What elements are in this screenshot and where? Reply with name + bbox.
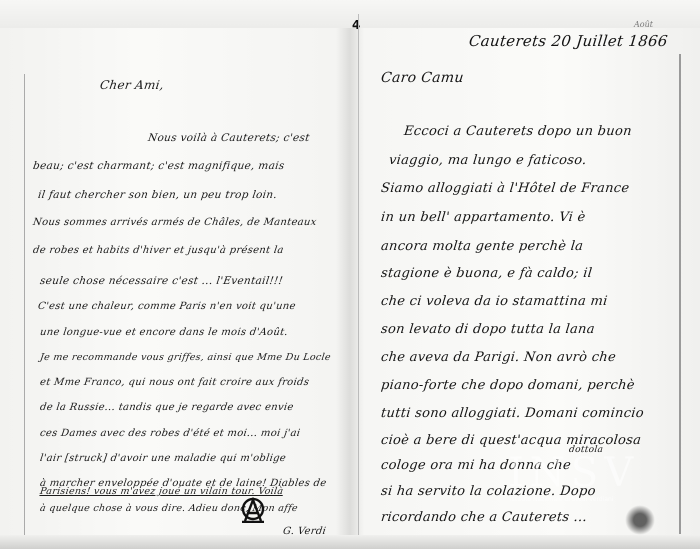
- text-line: ricordando che a Cauterets ...: [380, 510, 588, 525]
- text-line: tutti sono alloggiati. Domani comincio: [380, 406, 644, 421]
- text-line: Nous sommes arrivés armés de Châles, de …: [32, 217, 317, 228]
- watermark: INSV: [508, 450, 639, 496]
- text-line: che ci voleva da io stamattina mi: [380, 294, 608, 309]
- salutation-right: Caro Camu: [380, 70, 464, 86]
- page-edge: [24, 74, 25, 544]
- text-line: Je me recommande vous griffes, ainsi que…: [39, 352, 331, 363]
- left-page: Cher Ami, Nous voilà à Cauterets; c'est …: [18, 14, 348, 544]
- text-line: de la Russie... tandis que je regarde av…: [39, 402, 294, 413]
- text-line: che aveva da Parigi. Non avrò che: [380, 350, 617, 365]
- text-line: ces Dames avec des robes d'été et moi...…: [39, 428, 301, 439]
- salutation-left: Cher Ami,: [99, 78, 165, 92]
- text-line: C'est une chaleur, comme Paris n'en voit…: [37, 301, 296, 312]
- text-line: in un bell' appartamento. Vi è: [380, 210, 586, 225]
- text-line: il faut chercher son bien, un peu trop l…: [37, 189, 278, 201]
- place-date: Cauterets 20 Juillet 1866: [468, 32, 669, 50]
- text-line: et Mme Franco, qui nous ont fait croire …: [39, 377, 310, 388]
- date-annotation: Août: [634, 20, 653, 29]
- bottom-shadow: [0, 535, 700, 549]
- watermark-subtext: Istituto Nazionale di Studi Verdiani: [510, 496, 613, 503]
- ink-blot: [625, 505, 655, 535]
- monogram-stamp-icon: [238, 497, 268, 523]
- text-line: ancora molta gente perchè la: [380, 239, 584, 254]
- text-line: Parisiens! vous m'avez joué un vilain to…: [39, 486, 284, 497]
- text-line: son levato di dopo tutta la lana: [380, 322, 595, 337]
- text-line: de robes et habits d'hiver et jusqu'à pr…: [32, 245, 284, 256]
- text-line: une longue-vue et encore dans le mois d'…: [39, 327, 288, 338]
- text-line: Eccoci a Cauterets dopo un buon: [403, 124, 632, 139]
- text-line: Nous voilà à Cauterets; c'est: [147, 132, 310, 144]
- text-line: l'air [struck] d'avoir une maladie qui m…: [39, 453, 287, 464]
- page-edge: [679, 54, 681, 534]
- letter-scan: Cher Ami, Nous voilà à Cauterets; c'est …: [0, 0, 700, 549]
- text-line: piano-forte che dopo domani, perchè: [380, 378, 635, 393]
- text-line: stagione è buona, e fà caldo; il: [380, 266, 593, 281]
- text-line: Siamo alloggiati à l'Hôtel de France: [380, 181, 630, 196]
- text-line: viaggio, ma lungo e faticoso.: [388, 153, 587, 168]
- text-line: seule chose nécessaire c'est ... l'Event…: [39, 275, 284, 287]
- text-line: beau; c'est charmant; c'est magnifique, …: [32, 160, 285, 172]
